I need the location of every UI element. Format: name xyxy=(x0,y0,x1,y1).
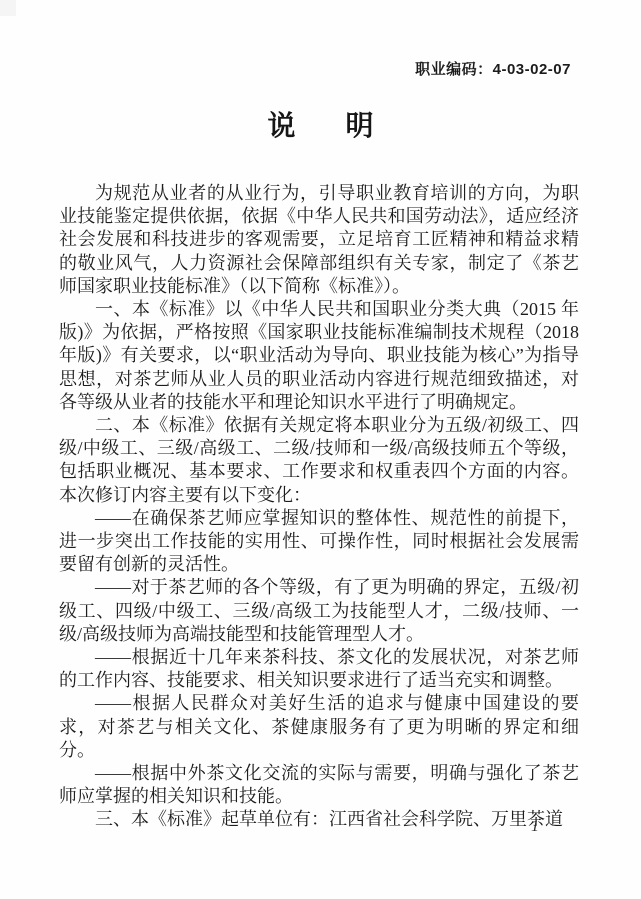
document-body: 为规范从业者的从业行为，引导职业教育培训的方向，为职业技能鉴定提供依据，依据《中… xyxy=(59,182,579,832)
paragraph-dash-2: ——对于茶艺师的各个等级，有了更为明确的界定，五级/初级工、四级/中级工、三级/… xyxy=(59,576,579,646)
occupation-code: 职业编码：4-03-02-07 xyxy=(415,58,571,79)
document-page: 职业编码：4-03-02-07 说明 为规范从业者的从业行为，引导职业教育培训的… xyxy=(0,0,641,899)
scan-artifact xyxy=(0,0,16,16)
paragraph-dash-3: ——根据近十几年来茶科技、茶文化的发展状况，对茶艺师的工作内容、技能要求、相关知… xyxy=(59,646,579,692)
page-title: 说明 xyxy=(0,104,641,144)
paragraph-item-3: 三、本《标准》起草单位有：江西省社会科学院、万里茶道 xyxy=(59,808,579,831)
page-number: 1 xyxy=(531,818,539,836)
paragraph-dash-5: ——根据中外茶文化交流的实际与需要，明确与强化了茶艺师应掌握的相关知识和技能。 xyxy=(59,762,579,808)
title-char-1: 说 xyxy=(267,110,295,141)
title-char-2: 明 xyxy=(346,110,374,141)
paragraph-item-2: 二、本《标准》依据有关规定将本职业分为五级/初级工、四级/中级工、三级/高级工、… xyxy=(59,414,579,507)
paragraph-dash-1: ——在确保茶艺师应掌握知识的整体性、规范性的前提下，进一步突出工作技能的实用性、… xyxy=(59,507,579,577)
paragraph-dash-4: ——根据人民群众对美好生活的追求与健康中国建设的要求，对茶艺与相关文化、茶健康服… xyxy=(59,692,579,762)
paragraph-intro: 为规范从业者的从业行为，引导职业教育培训的方向，为职业技能鉴定提供依据，依据《中… xyxy=(59,182,579,298)
paragraph-item-1: 一、本《标准》以《中华人民共和国职业分类大典（2015 年版)》为依据，严格按照… xyxy=(59,298,579,414)
